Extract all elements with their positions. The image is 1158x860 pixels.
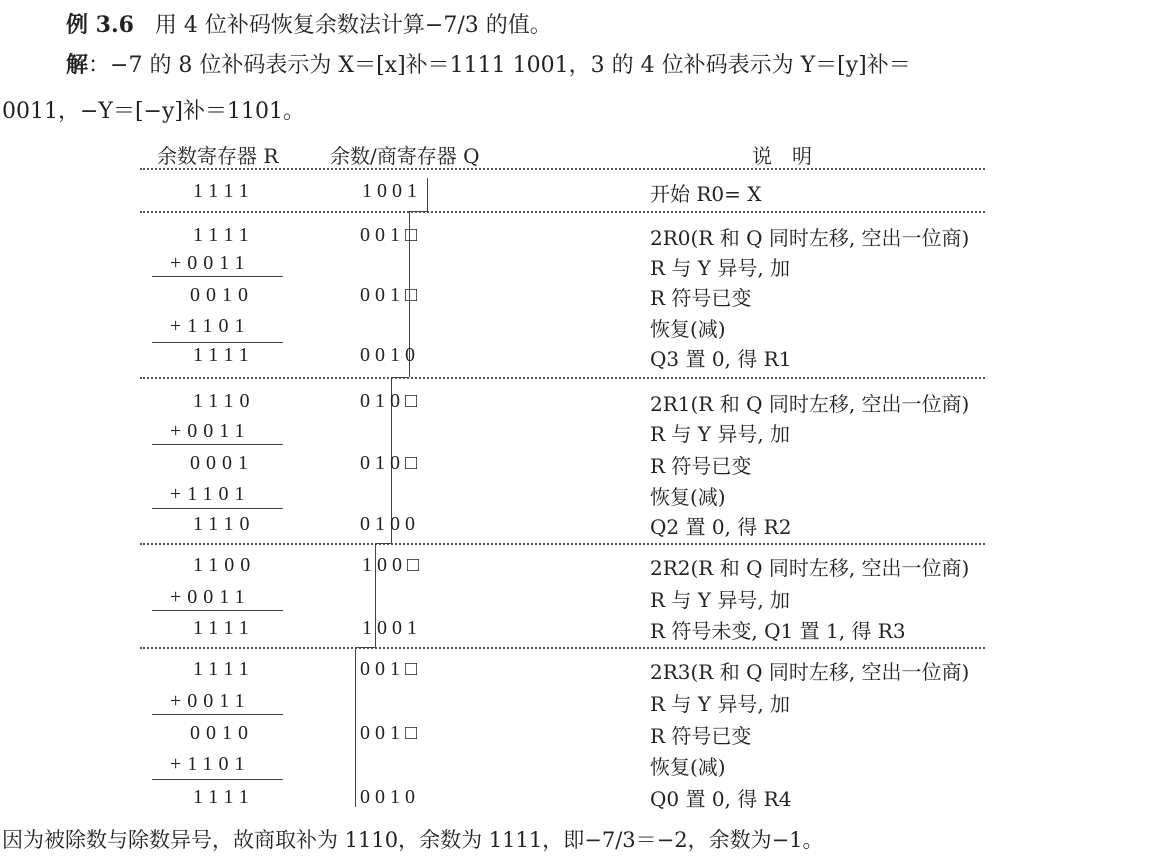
bracket-step — [375, 543, 391, 544]
sum-underline — [152, 276, 283, 277]
header-description: 说 明 — [752, 140, 812, 169]
step-description: Q2 置 0, 得 R2 — [650, 511, 791, 540]
q-value: 001□ — [360, 284, 422, 307]
bracket-step — [391, 377, 409, 378]
step-description: 恢复(减) — [650, 481, 726, 510]
bracket-line — [427, 178, 428, 212]
r-value: +0011 — [170, 586, 251, 609]
step-description: R 符号未变, Q1 置 1, 得 R3 — [650, 615, 906, 644]
sum-underline — [152, 779, 283, 780]
r-value: 1110 — [193, 513, 256, 536]
header-r-register: 余数寄存器 R — [157, 140, 278, 169]
step-description: R 符号已变 — [650, 282, 751, 311]
dotted-separator — [140, 168, 985, 170]
step-description: 2R3(R 和 Q 同时左移, 空出一位商) — [650, 656, 969, 685]
dotted-separator — [140, 543, 985, 545]
dotted-separator — [140, 647, 985, 649]
q-value: 1001 — [362, 617, 422, 640]
sum-underline — [152, 342, 283, 343]
step-description: R 与 Y 异号, 加 — [650, 584, 790, 613]
r-value: +1101 — [170, 315, 251, 338]
example-label: 例 3.6 — [66, 12, 134, 38]
solution-text-1: ：−7 的 8 位补码表示为 X＝[x]补＝1111 1001，3 的 4 位补… — [88, 53, 911, 78]
q-value: 010□ — [360, 390, 422, 413]
q-value: 001□ — [360, 658, 422, 681]
bracket-step — [355, 647, 375, 648]
r-value: 1111 — [193, 224, 255, 247]
step-description: 2R1(R 和 Q 同时左移, 空出一位商) — [650, 388, 969, 417]
bracket-step — [409, 211, 427, 212]
r-value: 1100 — [193, 554, 256, 577]
r-value: 1111 — [193, 786, 255, 809]
step-description: 2R0(R 和 Q 同时左移, 空出一位商) — [650, 222, 969, 251]
step-description: 恢复(减) — [650, 313, 726, 342]
r-value: 1111 — [193, 658, 255, 681]
step-description: R 与 Y 异号, 加 — [650, 418, 790, 447]
header-q-register: 余数/商寄存器 Q — [330, 140, 480, 169]
r-value: +1101 — [170, 483, 251, 506]
q-value: 001□ — [360, 224, 422, 247]
r-value: 0010 — [190, 722, 254, 745]
r-value: 0010 — [190, 284, 254, 307]
example-title: 用 4 位补码恢复余数法计算−7/3 的值。 — [155, 13, 552, 38]
q-value: 001□ — [360, 722, 422, 745]
step-description: R 与 Y 异号, 加 — [650, 688, 790, 717]
step-description: Q0 置 0, 得 R4 — [650, 783, 791, 812]
step-description: Q3 置 0, 得 R1 — [650, 343, 791, 372]
r-value: 0001 — [190, 452, 254, 475]
sum-underline — [152, 610, 283, 611]
solution-text-2: 0011，−Y＝[−y]补＝1101。 — [2, 99, 305, 124]
step-description: R 符号已变 — [650, 720, 751, 749]
q-value: 010□ — [360, 452, 422, 475]
q-value: 100□ — [362, 554, 424, 577]
q-value: 0010 — [360, 344, 420, 367]
r-value: +0011 — [170, 252, 251, 275]
conclusion: 因为被除数与除数异号，故商取补为 1110，余数为 1111，即−7/3＝−2，… — [2, 824, 824, 854]
sum-underline — [152, 714, 283, 715]
step-description: 2R2(R 和 Q 同时左移, 空出一位商) — [650, 552, 969, 581]
q-value: 1001 — [362, 180, 422, 203]
step-description: R 符号已变 — [650, 450, 751, 479]
r-value: 1111 — [193, 617, 255, 640]
q-value: 0010 — [360, 786, 420, 809]
step-description: R 与 Y 异号, 加 — [650, 252, 790, 281]
r-value: +1101 — [170, 753, 251, 776]
r-value: 1110 — [193, 390, 256, 413]
solution-label: 解 — [66, 52, 88, 78]
dotted-separator — [140, 377, 985, 379]
q-value: 0100 — [360, 513, 420, 536]
r-value: +0011 — [170, 420, 251, 443]
example-heading: 例 3.6 用 4 位补码恢复余数法计算−7/3 的值。 — [66, 8, 552, 39]
sum-underline — [152, 508, 283, 509]
step-description: 恢复(减) — [650, 751, 726, 780]
r-value: 1111 — [193, 344, 255, 367]
solution-line-1: 解：−7 的 8 位补码表示为 X＝[x]补＝1111 1001，3 的 4 位… — [66, 48, 911, 79]
r-value: 1111 — [193, 180, 255, 203]
step-description: 开始 R0= X — [650, 178, 762, 207]
dotted-separator — [140, 211, 985, 213]
r-value: +0011 — [170, 690, 251, 713]
sum-underline — [152, 444, 283, 445]
solution-line-2: 0011，−Y＝[−y]补＝1101。 — [2, 94, 305, 125]
bracket-line — [355, 647, 356, 807]
